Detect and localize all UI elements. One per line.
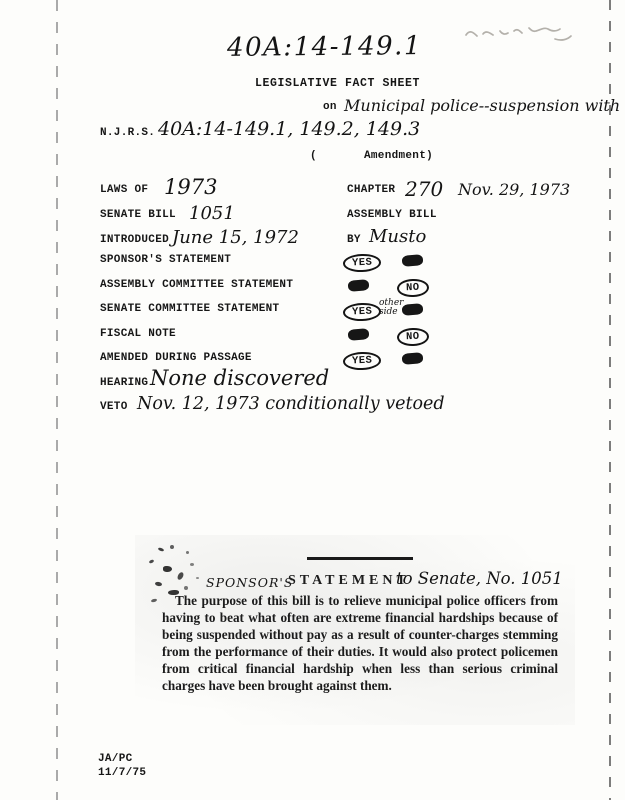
- checklist-row-senate-committee-statement: SENATE COMMITTEE STATEMENT YES other sid…: [100, 301, 560, 321]
- checklist-label: AMENDED DURING PASSAGE: [100, 352, 252, 364]
- veto-label: VETO: [100, 401, 128, 413]
- statement-body-paragraph: The purpose of this bill is to relieve m…: [162, 592, 558, 694]
- no-mark: [397, 252, 443, 271]
- statute-numbers-handwritten: 40A:14-149.1, 149.2, 149.3: [158, 118, 420, 140]
- right-margin-dashed-line: [609, 0, 611, 800]
- page-title: LEGISLATIVE FACT SHEET: [255, 77, 420, 90]
- senate-bill-label: SENATE BILL: [100, 209, 176, 221]
- pencil-scribble-icon: [460, 16, 578, 46]
- statement-heading-suffix-handwritten: to Senate, No. 1051: [396, 569, 563, 588]
- yes-mark: [343, 326, 393, 345]
- no-mark: NO: [397, 326, 443, 346]
- footer-date: 11/7/75: [98, 767, 146, 781]
- by-label: BY: [347, 234, 361, 246]
- subject-prefix: on: [323, 101, 337, 113]
- checklist-label: FISCAL NOTE: [100, 328, 176, 340]
- amendment-paren: (: [310, 150, 317, 162]
- statute-label: N.J.R.S.: [100, 127, 155, 139]
- hearing-label: HEARING: [100, 377, 148, 389]
- other-side-note-handwritten: other side: [379, 299, 405, 316]
- hearing-value-handwritten: None discovered: [150, 366, 329, 390]
- footer-block: JA/PC 11/7/75: [98, 753, 146, 780]
- statement-overline-rule: [307, 557, 413, 560]
- no-mark: NO: [397, 277, 443, 297]
- subject-handwritten: Municipal police--suspension with pay.: [344, 96, 625, 115]
- checklist-row-fiscal-note: FISCAL NOTE NO: [100, 326, 560, 346]
- no-mark: [397, 350, 443, 369]
- introduced-label: INTRODUCED: [100, 234, 169, 246]
- yes-mark: [343, 277, 393, 296]
- footer-initials: JA/PC: [98, 753, 146, 767]
- left-margin-dashed-line: [56, 0, 58, 800]
- veto-value-handwritten: Nov. 12, 1973 conditionally vetoed: [137, 394, 445, 414]
- chapter-label: CHAPTER: [347, 184, 395, 196]
- checklist-label: ASSEMBLY COMMITTEE STATEMENT: [100, 279, 293, 291]
- checklist-row-sponsors-statement: SPONSOR'S STATEMENT YES: [100, 252, 560, 272]
- statement-heading-handwritten: SPONSOR'S: [206, 575, 293, 590]
- classification-number-handwritten: 40A:14-149.1: [227, 31, 422, 63]
- laws-of-label: LAWS OF: [100, 184, 148, 196]
- senate-bill-value-handwritten: 1051: [189, 203, 235, 224]
- checklist-label: SENATE COMMITTEE STATEMENT: [100, 303, 279, 315]
- chapter-value-handwritten: 270: [405, 177, 443, 201]
- scanned-document-page: 40A:14-149.1 LEGISLATIVE FACT SHEET on M…: [0, 0, 625, 800]
- laws-of-value-handwritten: 1973: [164, 175, 217, 199]
- checklist-label: SPONSOR'S STATEMENT: [100, 254, 231, 266]
- yes-mark: YES: [343, 350, 393, 370]
- chapter-date-handwritten: Nov. 29, 1973: [458, 180, 570, 199]
- by-value-handwritten: Musto: [369, 226, 426, 247]
- introduced-value-handwritten: June 15, 1972: [172, 227, 299, 248]
- statement-heading-typed: STATEMENT: [288, 573, 410, 589]
- yes-mark: YES: [343, 252, 393, 272]
- checklist-row-assembly-committee-statement: ASSEMBLY COMMITTEE STATEMENT NO: [100, 277, 560, 297]
- assembly-bill-label: ASSEMBLY BILL: [347, 209, 437, 221]
- amendment-label: Amendment): [364, 150, 433, 162]
